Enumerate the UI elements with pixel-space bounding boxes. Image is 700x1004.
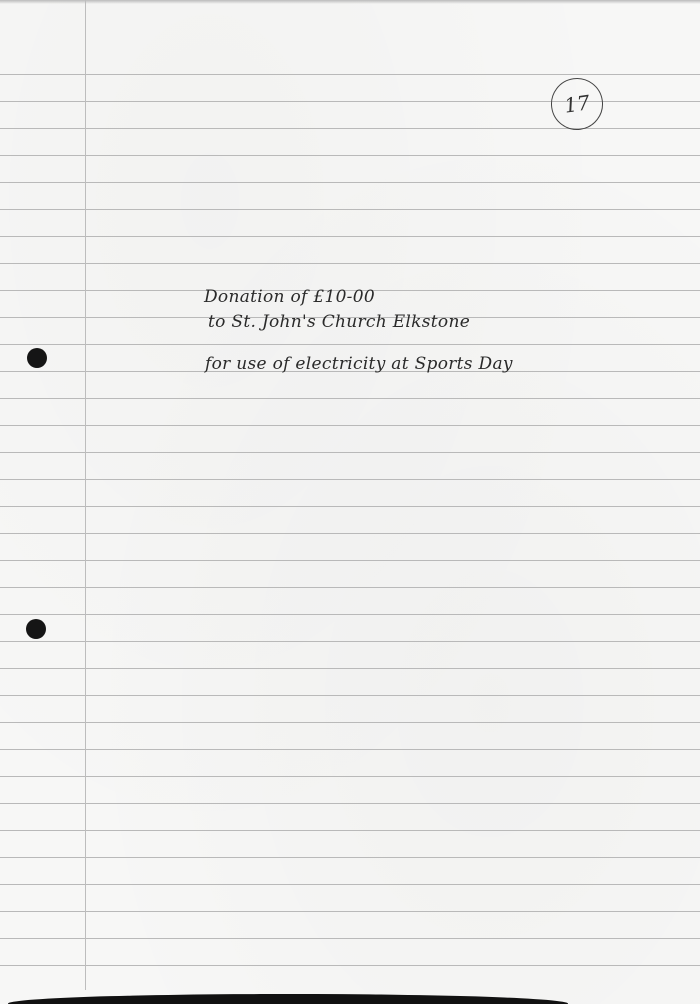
margin-line (85, 0, 86, 990)
ruled-line (0, 344, 700, 345)
ruled-line (0, 263, 700, 264)
ruled-line (0, 938, 700, 939)
note-line-recipient: to St. John's Church Elkstone (208, 312, 470, 332)
ruled-line (0, 479, 700, 480)
note-line-purpose: for use of electricity at Sports Day (205, 354, 513, 374)
ruled-line (0, 803, 700, 804)
ruled-line (0, 857, 700, 858)
ruled-line (0, 722, 700, 723)
circled-page-number: 17 (548, 75, 607, 134)
scan-bottom-edge (8, 994, 568, 1004)
page-number-text: 17 (563, 90, 592, 117)
ruled-line (0, 695, 700, 696)
punch-hole-lower (26, 619, 46, 639)
ruled-line (0, 209, 700, 210)
ruled-line (0, 884, 700, 885)
note-line-donation: Donation of £10-00 (204, 287, 375, 307)
ruled-line (0, 533, 700, 534)
ruled-line (0, 74, 700, 75)
ruled-line (0, 560, 700, 561)
ruled-line (0, 398, 700, 399)
ruled-line (0, 614, 700, 615)
ruled-line (0, 749, 700, 750)
ruled-line (0, 182, 700, 183)
ruled-line (0, 776, 700, 777)
ruled-line (0, 506, 700, 507)
ruled-line (0, 452, 700, 453)
top-shadow (0, 0, 700, 4)
ruled-line (0, 911, 700, 912)
ruled-line (0, 587, 700, 588)
ruled-line (0, 965, 700, 966)
ruled-line (0, 128, 700, 129)
ruled-line (0, 155, 700, 156)
ruled-line (0, 641, 700, 642)
ruled-line (0, 425, 700, 426)
notebook-page: 17 Donation of £10-00 to St. John's Chur… (0, 0, 700, 1004)
ruled-line (0, 236, 700, 237)
ruled-line (0, 668, 700, 669)
ruled-line (0, 830, 700, 831)
punch-hole-upper (27, 348, 47, 368)
